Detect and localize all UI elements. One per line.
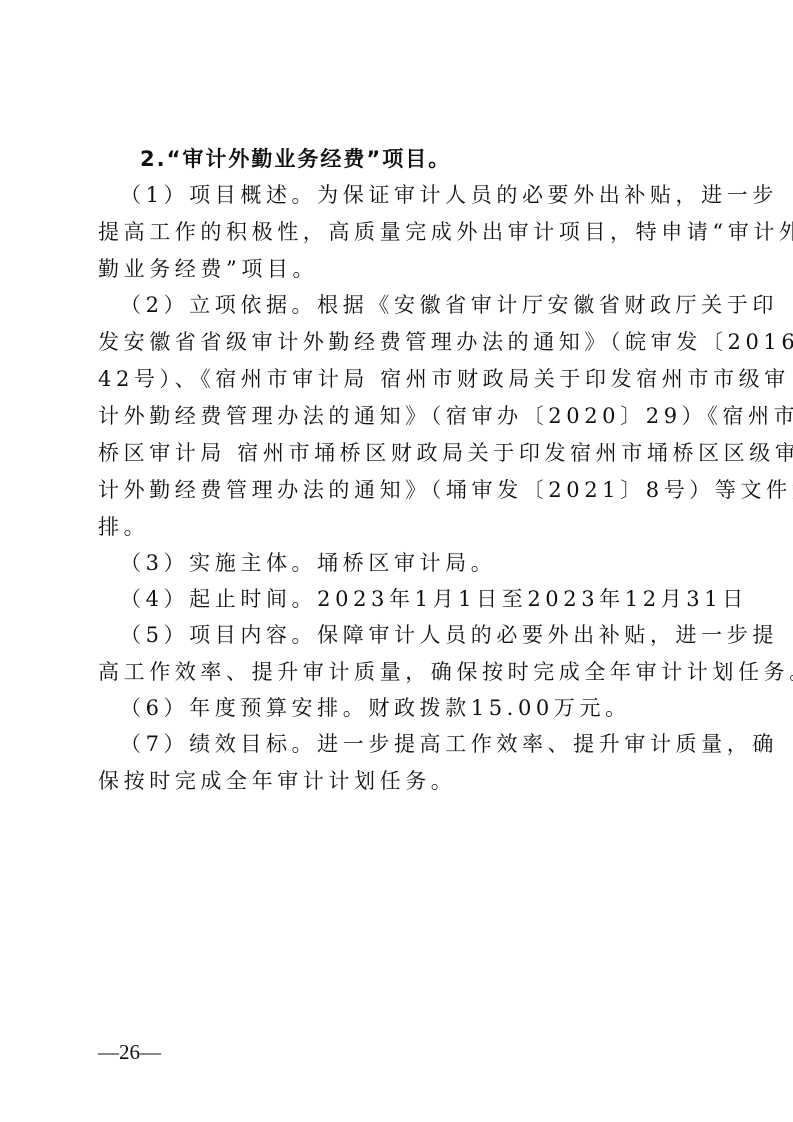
paragraph-line: （2）立项依据。根据《安徽省审计厅安徽省财政厅关于印 (98, 287, 695, 323)
paragraph-line: 保按时完成全年审计计划任务。 (98, 763, 695, 799)
paragraph-performance-goal: （7）绩效目标。进一步提高工作效率、提升审计质量，确 保按时完成全年审计计划任务… (98, 726, 695, 799)
paragraph-line: （1）项目概述。为保证审计人员的必要外出补贴，进一步 (98, 177, 695, 213)
document-body: 2.“审计外勤业务经费”项目。 （1）项目概述。为保证审计人员的必要外出补贴，进… (98, 141, 695, 799)
paragraph-line: 计外勤经费管理办法的通知》（宿审办〔2020〕29）《宿州市埇 (98, 398, 695, 434)
paragraph-line: 发安徽省省级审计外勤经费管理办法的通知》（皖审发〔2016〕 (98, 324, 695, 360)
page-number: —26— (98, 1040, 161, 1065)
document-page: 2.“审计外勤业务经费”项目。 （1）项目概述。为保证审计人员的必要外出补贴，进… (0, 0, 793, 1122)
paragraph-line: 排。 (98, 509, 695, 545)
paragraph-line: 勤业务经费”项目。 (98, 251, 695, 287)
paragraph-line: （3）实施主体。埇桥区审计局。 (98, 545, 695, 581)
paragraph-period: （4）起止时间。2023年1月1日至2023年12月31日 (98, 581, 695, 617)
paragraph-line: （5）项目内容。保障审计人员的必要外出补贴，进一步提 (98, 617, 695, 653)
paragraph-line: （6）年度预算安排。财政拨款15.00万元。 (98, 690, 695, 726)
paragraph-line: 提高工作的积极性，高质量完成外出审计项目，特申请“审计外 (98, 214, 695, 250)
paragraph-line: （7）绩效目标。进一步提高工作效率、提升审计质量，确 (98, 726, 695, 762)
paragraph-overview: （1）项目概述。为保证审计人员的必要外出补贴，进一步 提高工作的积极性，高质量完… (98, 177, 695, 287)
paragraph-budget: （6）年度预算安排。财政拨款15.00万元。 (98, 690, 695, 726)
paragraph-line: 桥区审计局 宿州市埇桥区财政局关于印发宿州市埇桥区区级审 (98, 435, 695, 471)
section-heading: 2.“审计外勤业务经费”项目。 (98, 141, 695, 177)
paragraph-line: 计外勤经费管理办法的通知》（埇审发〔2021〕8号）等文件安 (98, 472, 695, 508)
paragraph-line: 42号）、《宿州市审计局 宿州市财政局关于印发宿州市市级审 (98, 361, 695, 397)
paragraph-basis: （2）立项依据。根据《安徽省审计厅安徽省财政厅关于印 发安徽省省级审计外勤经费管… (98, 287, 695, 545)
paragraph-line: （4）起止时间。2023年1月1日至2023年12月31日 (98, 581, 695, 617)
paragraph-content: （5）项目内容。保障审计人员的必要外出补贴，进一步提 高工作效率、提升审计质量，… (98, 617, 695, 690)
paragraph-implementer: （3）实施主体。埇桥区审计局。 (98, 545, 695, 581)
paragraph-line: 高工作效率、提升审计质量，确保按时完成全年审计计划任务。 (98, 654, 695, 690)
